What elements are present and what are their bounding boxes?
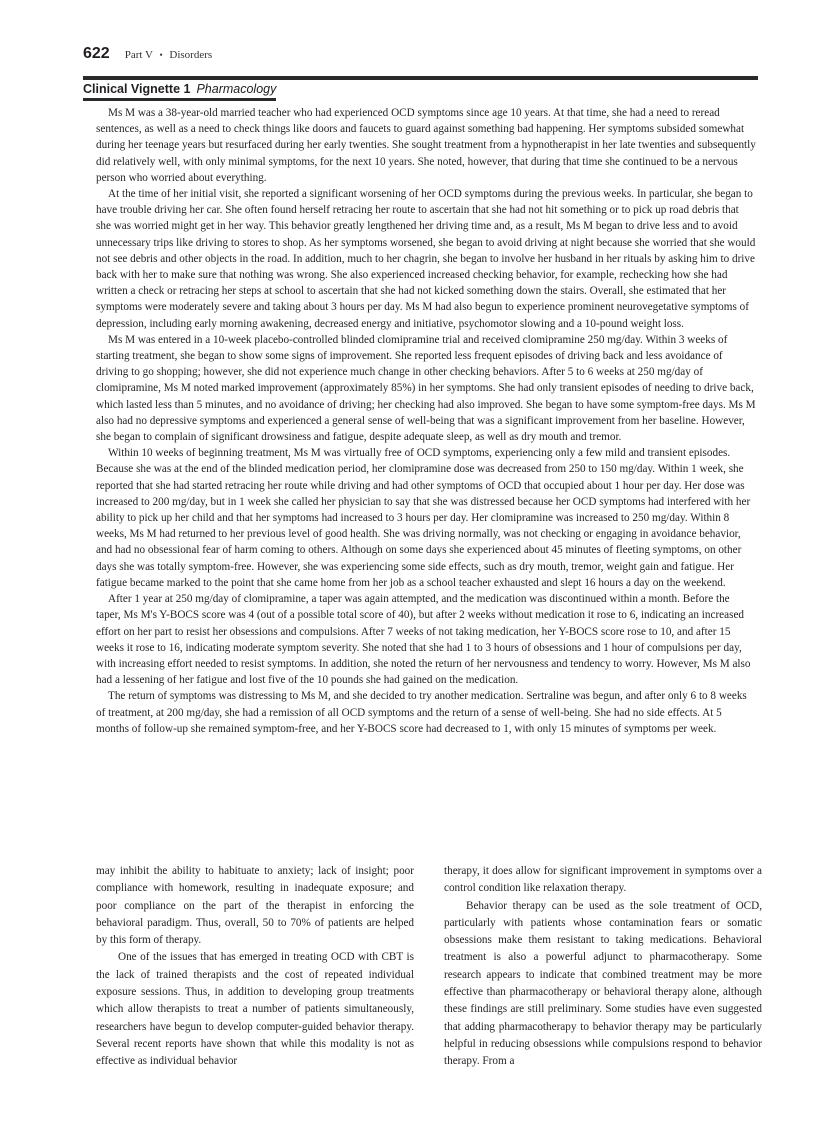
body-paragraph: therapy, it does allow for significant i… bbox=[444, 863, 762, 898]
running-header: 622 Part V • Disorders bbox=[83, 45, 212, 63]
vignette-paragraph: The return of symptoms was distressing t… bbox=[96, 688, 756, 737]
vignette-subtitle: Pharmacology bbox=[196, 82, 276, 96]
body-paragraph: Behavior therapy can be used as the sole… bbox=[444, 898, 762, 1071]
vignette-paragraph: After 1 year at 250 mg/day of clomiprami… bbox=[96, 591, 756, 688]
vignette-top-rule bbox=[83, 76, 758, 80]
vignette-paragraph: Ms M was entered in a 10-week placebo-co… bbox=[96, 332, 756, 445]
body-paragraph: One of the issues that has emerged in tr… bbox=[96, 949, 414, 1070]
body-paragraph: may inhibit the ability to habituate to … bbox=[96, 863, 414, 949]
left-column: may inhibit the ability to habituate to … bbox=[96, 863, 414, 1071]
vignette-paragraph: Within 10 weeks of beginning treatment, … bbox=[96, 445, 756, 591]
right-column: therapy, it does allow for significant i… bbox=[444, 863, 762, 1071]
vignette-body: Ms M was a 38-year-old married teacher w… bbox=[96, 105, 756, 737]
part-label: Part V bbox=[125, 49, 153, 61]
bullet-separator: • bbox=[159, 50, 162, 60]
running-title: Part V • Disorders bbox=[125, 49, 212, 61]
vignette-paragraph: Ms M was a 38-year-old married teacher w… bbox=[96, 105, 756, 186]
vignette-heading: Clinical Vignette 1Pharmacology bbox=[83, 82, 276, 101]
page-number: 622 bbox=[83, 45, 110, 63]
vignette-paragraph: At the time of her initial visit, she re… bbox=[96, 186, 756, 332]
vignette-title: Clinical Vignette 1 bbox=[83, 82, 190, 96]
section-label: Disorders bbox=[169, 49, 212, 61]
body-columns: may inhibit the ability to habituate to … bbox=[96, 863, 762, 1071]
